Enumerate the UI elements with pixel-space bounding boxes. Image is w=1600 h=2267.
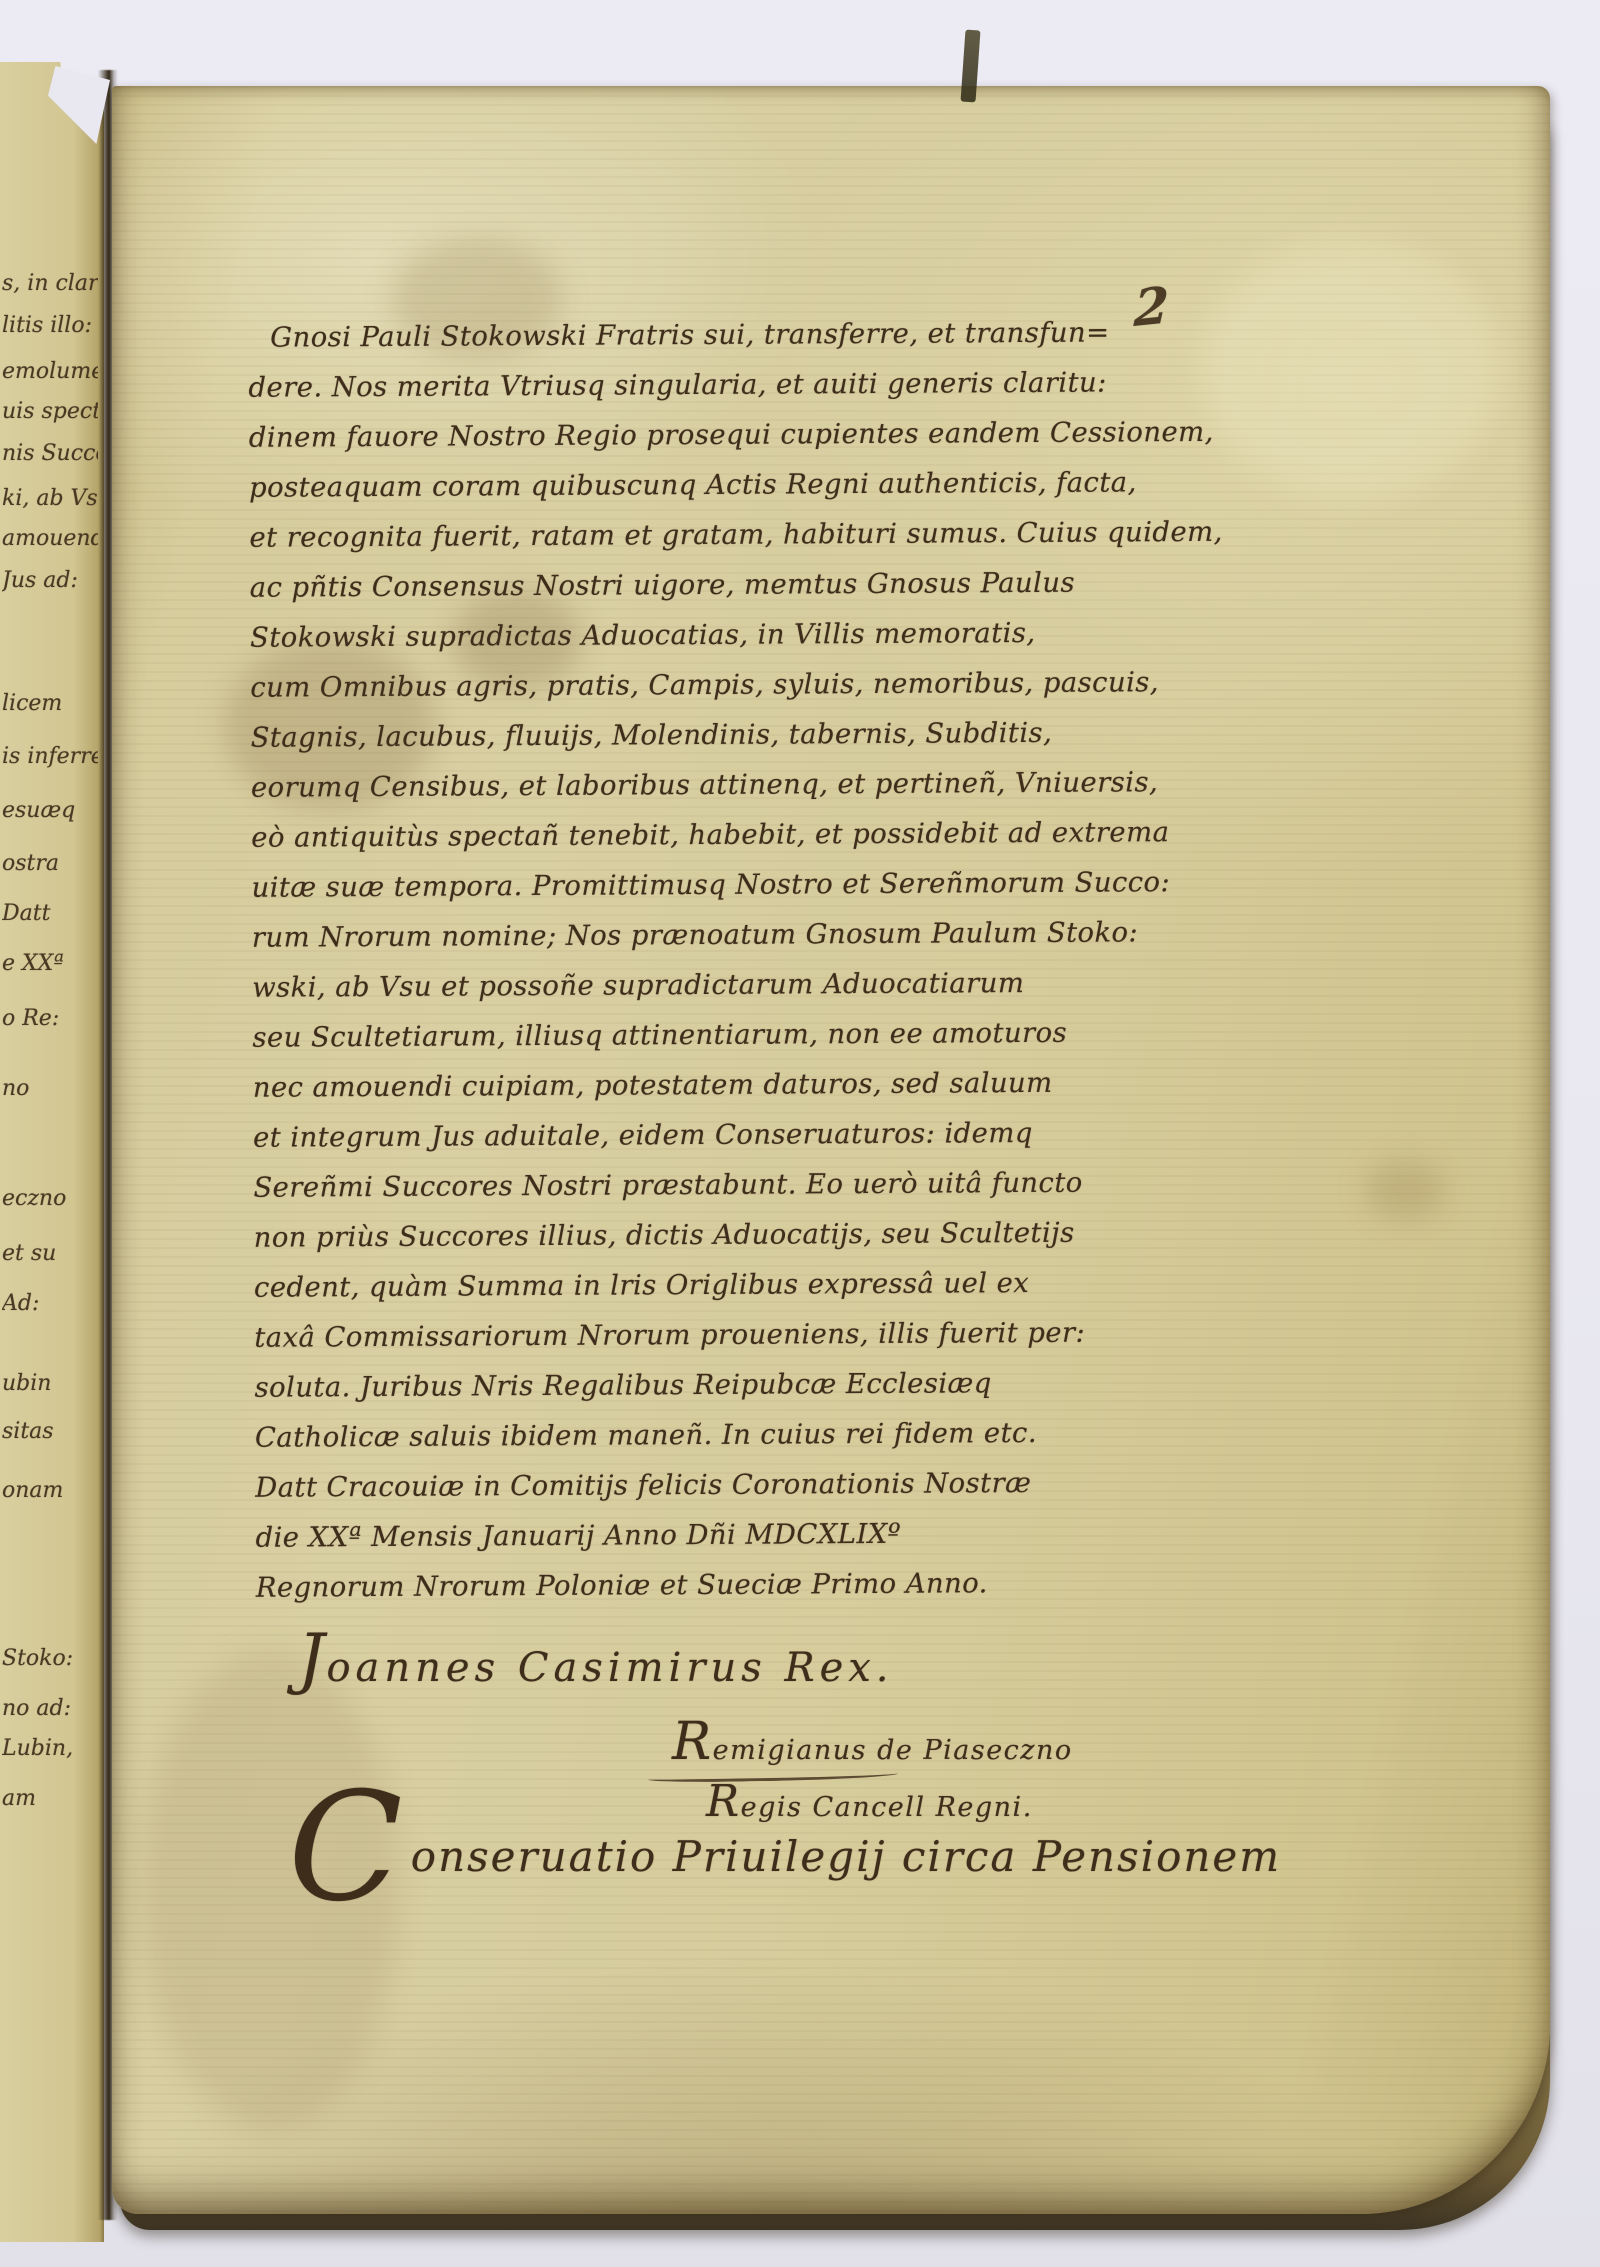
- margin-fragment: Datt: [2, 901, 98, 926]
- margin-fragment: uis spectañ,: [2, 399, 98, 424]
- margin-fragment: sitas: [2, 1419, 98, 1444]
- body-line: Sereñmi Succores Nostri præstabunt. Eo u…: [253, 1157, 1153, 1212]
- body-line: ac pñtis Consensus Nostri uigore, memtus…: [250, 557, 1150, 612]
- body-line: posteaquam coram quibuscunq Actis Regni …: [249, 457, 1149, 512]
- margin-fragment: nis Succo:: [2, 441, 98, 466]
- margin-fragment: litis illo:: [2, 313, 98, 338]
- body-line: cedent, quàm Summa in lris Origlibus exp…: [254, 1257, 1154, 1312]
- margin-fragment: licem: [2, 691, 98, 716]
- manuscript-scan: s, in clari: litis illo: emolumen uis sp…: [0, 0, 1600, 2267]
- margin-fragment: emolumen: [2, 359, 98, 384]
- body-line: soluta. Juribus Nris Regalibus Reipubcæ …: [254, 1357, 1154, 1412]
- body-line: dinem fauore Nostro Regio prosequi cupie…: [249, 407, 1149, 462]
- margin-fragment: esuæq: [2, 798, 98, 823]
- margin-fragment: Stoko:: [2, 1646, 98, 1671]
- body-line: Stagnis, lacubus, fluuijs, Molendinis, t…: [250, 707, 1150, 762]
- body-line: Datt Cracouiæ in Comitijs felicis Corona…: [255, 1457, 1155, 1512]
- margin-fragment: ki, ab Vsu,: [2, 486, 98, 511]
- margin-fragment: no ad:: [2, 1696, 98, 1721]
- body-text: Gnosi Pauli Stokowski Fratris sui, trans…: [248, 307, 1156, 1612]
- margin-fragment: ostra: [2, 851, 98, 876]
- margin-fragment: amouendi: [2, 526, 98, 551]
- margin-fragment: Ad:: [2, 1291, 98, 1316]
- chancellor-signature-title: Regis Cancell Regni.: [706, 1776, 1033, 1827]
- margin-fragment: am: [2, 1786, 98, 1811]
- body-line: et integrum Jus aduitale, eidem Conserua…: [253, 1107, 1153, 1162]
- margin-fragment: o Re:: [2, 1006, 98, 1031]
- body-line: taxâ Commissariorum Nrorum proueniens, i…: [254, 1307, 1154, 1362]
- body-line: rum Nrorum nomine; Nos prænoatum Gnosum …: [252, 907, 1152, 962]
- body-line: Regnorum Nrorum Poloniæ et Sueciæ Primo …: [256, 1557, 1156, 1612]
- margin-fragment: onam: [2, 1478, 98, 1503]
- margin-fragment: ubin: [2, 1371, 98, 1396]
- margin-fragment: e XXª: [2, 951, 98, 976]
- margin-fragment: eczno: [2, 1186, 98, 1211]
- body-line: et recognita fuerit, ratam et gratam, ha…: [249, 507, 1149, 562]
- body-line: wski, ab Vsu et possoñe supradictarum Ad…: [252, 957, 1152, 1012]
- body-line: Stokowski supradictas Aduocatias, in Vil…: [250, 607, 1150, 662]
- royal-signature: Joannes Casimirus Rex.: [298, 1620, 894, 1697]
- margin-fragment: Lubin,: [2, 1736, 98, 1761]
- chancellor-signature-name: Remigianus de Piaseczno: [672, 1712, 1073, 1772]
- body-line: Catholicæ saluis ibidem maneñ. In cuius …: [255, 1407, 1155, 1462]
- body-line: seu Scultetiarum, illiusq attinentiarum,…: [252, 1007, 1152, 1062]
- body-line: cum Omnibus agris, pratis, Campis, sylui…: [250, 657, 1150, 712]
- body-line: dere. Nos merita Vtriusq singularia, et …: [248, 357, 1148, 412]
- margin-fragment: et su: [2, 1241, 98, 1266]
- docket-title: Conseruatio Priuilegij circa Pensionem: [288, 1828, 1281, 1881]
- margin-fragment: Jus ad:: [2, 568, 98, 593]
- body-line: eò antiquitùs spectañ tenebit, habebit, …: [251, 807, 1151, 862]
- margin-fragment: no: [2, 1076, 98, 1101]
- margin-fragment: is inferre: [2, 744, 98, 769]
- body-line: eorumq Censibus, et laboribus attinenq, …: [251, 757, 1151, 812]
- body-line: die XXª Mensis Januarij Anno Dñi MDCXLIX…: [255, 1507, 1155, 1562]
- body-line: Gnosi Pauli Stokowski Fratris sui, trans…: [248, 307, 1148, 362]
- body-line: non priùs Succores illius, dictis Aduoca…: [254, 1207, 1154, 1262]
- previous-page-sliver: s, in clari: litis illo: emolumen uis sp…: [0, 62, 104, 2242]
- margin-fragment: s, in clari:: [2, 271, 98, 296]
- body-line: nec amouendi cuipiam, potestatem daturos…: [253, 1057, 1153, 1112]
- body-line: uitæ suæ tempora. Promittimusq Nostro et…: [251, 857, 1151, 912]
